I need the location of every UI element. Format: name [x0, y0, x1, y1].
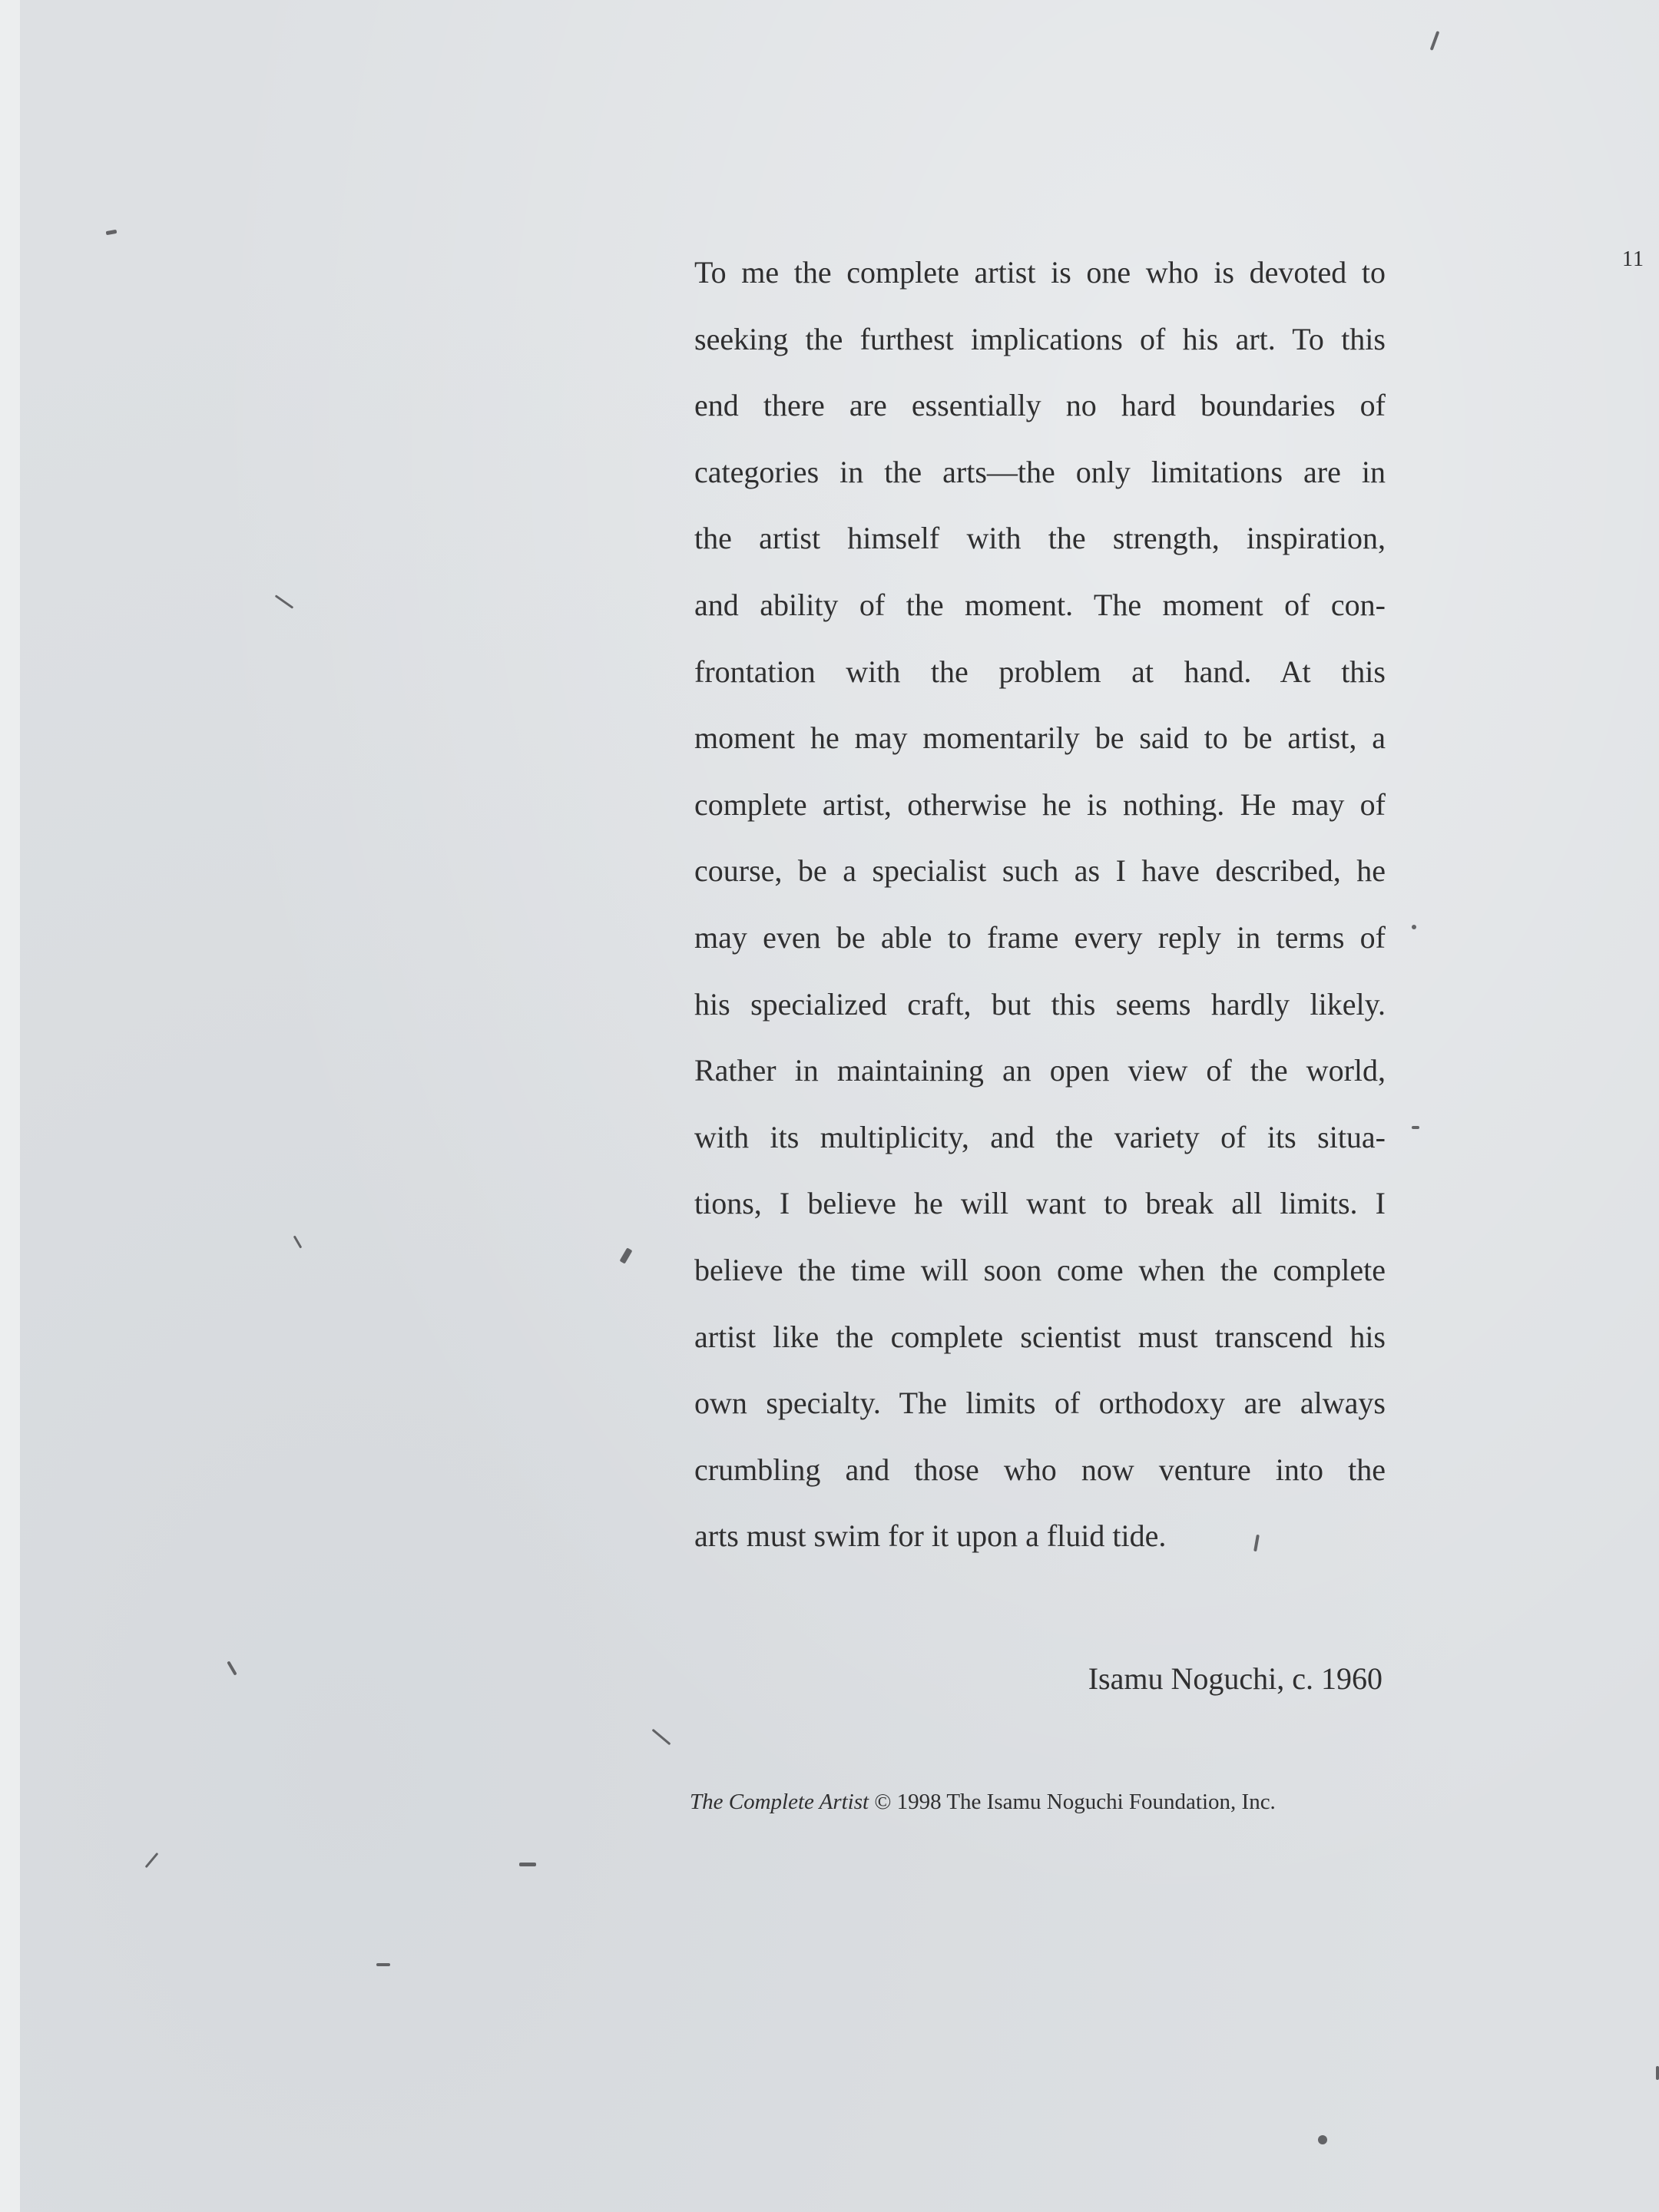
paper-fleck: [1318, 2135, 1327, 2144]
paper-fleck: [145, 1853, 159, 1868]
paper-fleck: [1412, 1126, 1419, 1129]
paper-fleck: [620, 1247, 633, 1263]
paper-fleck: [275, 594, 294, 609]
essay-line: frontation with the problem at hand. At …: [694, 639, 1386, 706]
copyright-notice: The Complete Artist © 1998 The Isamu Nog…: [690, 1790, 1276, 1815]
paper-fleck: [376, 1963, 390, 1966]
essay-line: Rather in maintaining an open view of th…: [694, 1038, 1386, 1104]
paper-fleck: [227, 1661, 237, 1675]
paper-fleck: [519, 1863, 536, 1866]
work-title: The Complete Artist: [690, 1790, 869, 1814]
essay-line: arts must swim for it upon a fluid tide.: [694, 1503, 1386, 1570]
essay-line: with its multiplicity, and the variety o…: [694, 1104, 1386, 1171]
essay-line: seeking the furthest implications of his…: [694, 306, 1386, 373]
essay-line: categories in the arts—the only limitati…: [694, 439, 1386, 506]
essay-line: To me the complete artist is one who is …: [694, 240, 1386, 306]
paper-fleck: [1430, 31, 1440, 51]
essay-line: artist like the complete scientist must …: [694, 1304, 1386, 1371]
essay-line: and ability of the moment. The moment of…: [694, 572, 1386, 639]
essay-line: believe the time will soon come when the…: [694, 1237, 1386, 1304]
essay-line: end there are essentially no hard bounda…: [694, 373, 1386, 439]
page-edge-strip: [0, 0, 20, 2212]
copyright-text: © 1998 The Isamu Noguchi Foundation, Inc…: [869, 1790, 1276, 1814]
page-number: 11: [1622, 247, 1644, 272]
essay-line: own specialty. The limits of orthodoxy a…: [694, 1370, 1386, 1437]
essay-body: To me the complete artist is one who is …: [694, 240, 1386, 1570]
paper-fleck: [652, 1729, 671, 1746]
essay-line: his specialized craft, but this seems ha…: [694, 972, 1386, 1038]
essay-line: tions, I believe he will want to break a…: [694, 1171, 1386, 1237]
essay-line: may even be able to frame every reply in…: [694, 905, 1386, 972]
paper-fleck: [1656, 2066, 1659, 2080]
attribution: Isamu Noguchi, c. 1960: [1065, 1661, 1382, 1697]
essay-line: complete artist, otherwise he is nothing…: [694, 772, 1386, 839]
essay-line: crumbling and those who now venture into…: [694, 1437, 1386, 1504]
essay-line: the artist himself with the strength, in…: [694, 505, 1386, 572]
paper-page: 11 To me the complete artist is one who …: [20, 0, 1659, 2212]
paper-fleck: [106, 230, 118, 235]
essay-line: course, be a specialist such as I have d…: [694, 838, 1386, 905]
paper-fleck: [1412, 925, 1416, 929]
paper-fleck: [293, 1235, 303, 1248]
essay-line: moment he may momentarily be said to be …: [694, 705, 1386, 772]
